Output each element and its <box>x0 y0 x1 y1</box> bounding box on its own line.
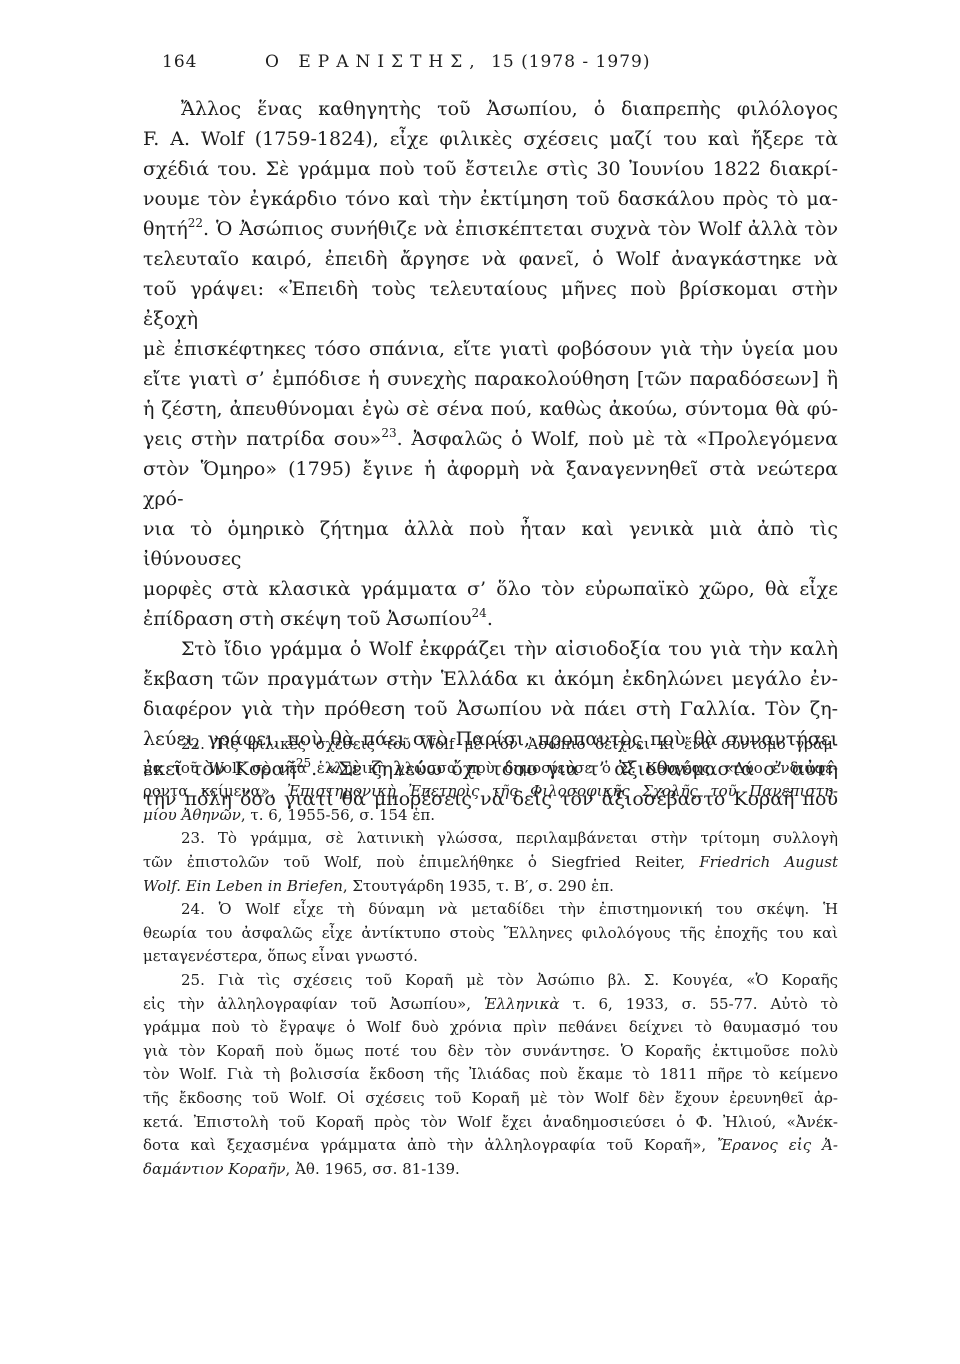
footnote-line: δαμάντιον Κοραῆν, Ἀθ. 1965, σσ. 81-139. <box>143 1158 838 1182</box>
body-line: ἐπίδραση στὴ σκέψη τοῦ Ἀσωπίου24. <box>143 604 838 634</box>
journal-name: Ο ΕΡΑΝΙΣΤΗΣ, <box>265 52 482 72</box>
footnote-line: κετά. Ἐπιστολὴ τοῦ Κοραῆ πρὸς τὸν Wolf ἔ… <box>143 1111 838 1135</box>
page-header: 164 Ο ΕΡΑΝΙΣΤΗΣ, 15 (1978 - 1979) <box>143 50 838 76</box>
footnote-line: δοτα καὶ ξεχασμένα γράμματα ἀπὸ τὴν ἀλλη… <box>143 1134 838 1158</box>
body-line: διαφέρον γιὰ τὴν πρόθεση τοῦ Ἀσωπίου νὰ … <box>143 694 838 724</box>
footnote-ref: 23 <box>381 426 396 440</box>
body-line: γεις στὴν πατρίδα σου»23. Ἀσφαλῶς ὁ Wolf… <box>143 424 838 454</box>
main-text-block: Ἄλλος ἕνας καθηγητὴς τοῦ Ἀσωπίου, ὁ διαπ… <box>143 94 838 814</box>
footnote-ref: 22 <box>188 216 203 230</box>
footnote-line: 22. Τὶς φιλικὲς σχέσεις τοῦ Wolf μὲ τὸν … <box>143 733 838 757</box>
footnote-line: θεωρία του ἀσφαλῶς εἶχε ἀντίκτυπο στοὺς … <box>143 922 838 946</box>
footnote-line: μεταγενέστερα, ὅπως εἶναι γνωστό. <box>143 945 838 969</box>
body-line: Ἄλλος ἕνας καθηγητὴς τοῦ Ἀσωπίου, ὁ διαπ… <box>143 94 838 124</box>
footnote-ref: 24 <box>472 606 487 620</box>
footnote-line: γιὰ τὸν Κοραῆ ποὺ ὅμως ποτέ του δὲν τὸν … <box>143 1040 838 1064</box>
body-line: θητή22. Ὁ Ἀσώπιος συνήθιζε νὰ ἐπισκέπτετ… <box>143 214 838 244</box>
body-line: F. A. Wolf (1759-1824), εἶχε φιλικὲς σχέ… <box>143 124 838 154</box>
journal-page: 164 Ο ΕΡΑΝΙΣΤΗΣ, 15 (1978 - 1979) Ἄλλος … <box>0 0 960 1364</box>
body-line: ἡ ζέστη, ἀπευθύνομαι ἐγὼ σὲ σένα πού, κα… <box>143 394 838 424</box>
footnote-line: 23. Τὸ γράμμα, σὲ λατινικὴ γλώσσα, περιλ… <box>143 827 838 851</box>
body-line: τελευταῖο καιρό, ἐπειδὴ ἄργησε νὰ φανεῖ,… <box>143 244 838 274</box>
body-line: Στὸ ἴδιο γράμμα ὁ Wolf ἐκφράζει τὴν αἰσι… <box>143 634 838 664</box>
footnote-line: τῶν ἐπιστολῶν τοῦ Wolf, ποὺ ἐπιμελήθηκε … <box>143 851 838 875</box>
footnote-line: γράμμα ποὺ τὸ ἔγραψε ὁ Wolf δυὸ χρόνια π… <box>143 1016 838 1040</box>
issue-info: 15 (1978 - 1979) <box>491 52 650 72</box>
footnote-line: ροντα κείμενα», Ἐπιστημονικὴ Ἐπετηρὶς τῆ… <box>143 780 838 804</box>
body-line: στὸν Ὅμηρο» (1795) ἔγινε ἡ ἀφορμὴ νὰ ξαν… <box>143 454 838 514</box>
body-line: σχέδιά του. Σὲ γράμμα ποὺ τοῦ ἔστειλε στ… <box>143 154 838 184</box>
body-line: εἴτε γιατὶ σ’ ἐμπόδισε ἡ συνεχὴς παρακολ… <box>143 364 838 394</box>
body-line: μορφὲς στὰ κλασικὰ γράμματα σ’ ὅλο τὸν ε… <box>143 574 838 604</box>
body-line: μὲ ἐπισκέφτηκες τόσο σπάνια, εἴτε γιατὶ … <box>143 334 838 364</box>
footnote-line: 25. Γιὰ τὶς σχέσεις τοῦ Κοραῆ μὲ τὸν Ἀσώ… <box>143 969 838 993</box>
body-line: νια τὸ ὁμηρικὸ ζήτημα ἀλλὰ ποὺ ἦταν καὶ … <box>143 514 838 574</box>
footnote-line: μα τοῦ Wolf σὲ νέα ἑλληνικὴ γλώσσα ποὺ δ… <box>143 757 838 781</box>
footnote-line: Wolf. Ein Leben in Briefen, Στουτγάρδη 1… <box>143 875 838 899</box>
body-line: τοῦ γράψει: «Ἐπειδὴ τοὺς τελευταίους μῆν… <box>143 274 838 334</box>
footnotes-block: 22. Τὶς φιλικὲς σχέσεις τοῦ Wolf μὲ τὸν … <box>143 733 838 1181</box>
body-line: νουμε τὸν ἐγκάρδιο τόνο καὶ τὴν ἐκτίμηση… <box>143 184 838 214</box>
body-line: ἔκβαση τῶν πραγμάτων στὴν Ἑλλάδα κι ἀκόμ… <box>143 664 838 694</box>
footnote-line: τῆς ἔκδοσης τοῦ Wolf. Οἱ σχέσεις τοῦ Κορ… <box>143 1087 838 1111</box>
footnote-line: 24. Ὁ Wolf εἶχε τὴ δύναμη νὰ μεταδίδει τ… <box>143 898 838 922</box>
running-title: Ο ΕΡΑΝΙΣΤΗΣ, 15 (1978 - 1979) <box>265 52 650 72</box>
footnote-line: εἰς τὴν ἀλληλογραφίαν τοῦ Ἀσωπίου», Ἑλλη… <box>143 993 838 1017</box>
footnote-line: τὸν Wolf. Γιὰ τὴ βολισσία ἔκδοση τῆς Ἰλι… <box>143 1063 838 1087</box>
footnote-line: μίου Ἀθηνῶν, τ. 6, 1955-56, σ. 154 ἑπ. <box>143 804 838 828</box>
page-number: 164 <box>162 52 197 72</box>
